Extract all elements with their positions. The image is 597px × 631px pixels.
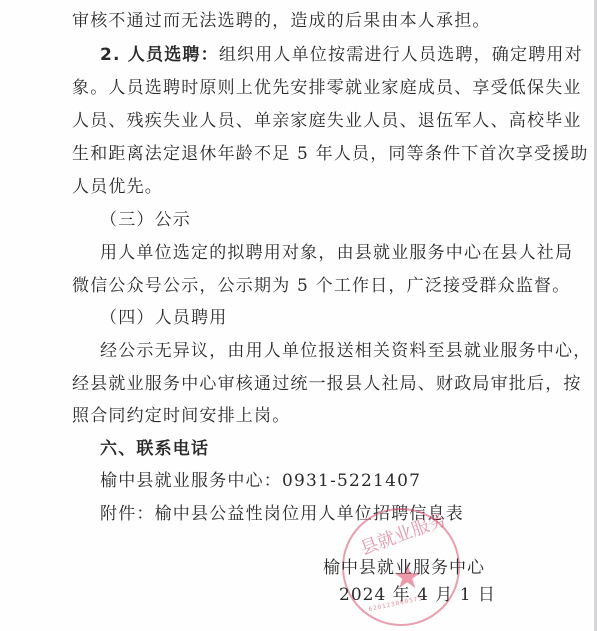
text-line: 经公示无异议，由用人单位报送相关资料至县就业服务中心， [100,340,591,362]
text-line: 人员优先。 [72,176,163,198]
text-line: 照合同约定时间安排上岗。 [72,405,290,427]
text-line: 象。人员选聘时原则上优先安排零就业家庭成员、享受低保失业 [72,77,582,99]
text-line: 2. 人员选聘：组织用人单位按需进行人员选聘，确定聘用对 [100,44,583,66]
text-line: 用人单位选定的拟聘用对象，由县就业服务中心在县人社局 [100,242,573,264]
text-line: 经县就业服务中心审核通过统一报县人社局、财政局审批后，按 [72,373,582,395]
section-4-heading: （四）人员聘用 [100,307,227,329]
contact-phone: 榆中县就业服务中心：0931-5221407 [100,470,421,492]
text-line: 生和距离法定退休年龄不足 5 年人员，同等条件下首次享受援助 [72,143,589,165]
text-line: 微信公众号公示，公示期为 5 个工作日，广泛接受群众监督。 [72,275,570,297]
section-3-heading: （三）公示 [100,209,191,231]
item-2-text: 组织用人单位按需进行人员选聘，确定聘用对 [219,45,583,65]
text-line: 审核不通过而无法选聘的，造成的后果由本人承担。 [72,10,491,32]
signature-org: 榆中县就业服务中心 [323,553,485,578]
item-2-label: 2. 人员选聘： [100,45,219,65]
section-6-heading: 六、联系电话 [100,438,209,460]
signature-date: 2024 年 4 月 1 日 [339,580,496,605]
text-line: 人员、残疾失业人员、单亲家庭失业人员、退伍军人、高校毕业 [72,110,582,132]
document-page: 审核不通过而无法选聘的，造成的后果由本人承担。 2. 人员选聘：组织用人单位按需… [0,0,594,631]
